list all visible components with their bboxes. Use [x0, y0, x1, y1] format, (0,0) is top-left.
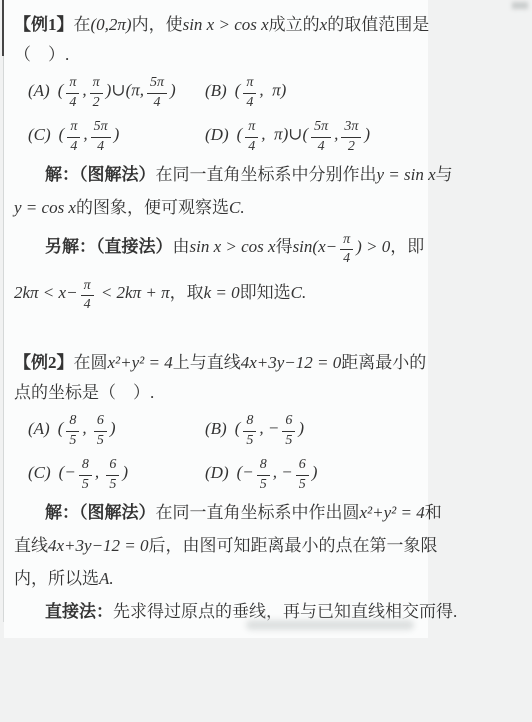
option-b: (B)(85, −65)	[205, 412, 382, 447]
text-run: )	[114, 125, 120, 144]
fraction: π4	[66, 75, 79, 110]
fraction: π4	[243, 75, 256, 110]
text-run: )	[312, 463, 318, 482]
text-run: (	[58, 81, 64, 100]
text-run: ,	[334, 125, 338, 144]
fraction: 65	[94, 413, 107, 448]
text-run: (0,2π)	[91, 15, 132, 34]
text-run: , π)∪(	[261, 125, 308, 144]
option-key: (A)	[28, 419, 50, 438]
example-2-options: (A)(85, 65)(B)(85, −65)(C)(−85, 65)(D)(−…	[14, 408, 404, 496]
scanned-page: 【例1】在(0,2π)内，使sin x > cos x成立的x的取值范围是（ ）…	[4, 0, 428, 638]
text-run: 在同一直角坐标系中分别作出	[156, 165, 377, 184]
text-run: )	[364, 125, 370, 144]
text-run: 和	[425, 503, 442, 522]
option-d: (D)(π4, π)∪(5π4,3π2)	[205, 118, 382, 153]
text-run: 后，由图可知距离最小的点在第一象限	[149, 536, 438, 555]
scan-corner-artifact	[512, 2, 528, 9]
fraction: 65	[296, 457, 309, 492]
problem-line: （ ）.	[14, 40, 404, 70]
solution-line: 解：（图解法）在同一直角坐标系中分别作出y = sin x与	[14, 158, 404, 191]
fraction: π4	[245, 119, 258, 154]
option-key: (D)	[205, 463, 229, 482]
text-run: 即知选	[240, 283, 291, 302]
text-run: 4x+3y−12 = 0	[48, 536, 149, 555]
fraction: π2	[90, 75, 103, 110]
text-run: 4x+3y−12 = 0	[241, 353, 342, 372]
scan-smudge-artifact	[246, 620, 414, 630]
text-run: 在圆	[74, 353, 108, 372]
text-run: 解：（图解法）	[45, 503, 156, 522]
text-run: < 2kπ + π	[97, 283, 170, 302]
text-run: 点的坐标是（ ）.	[14, 383, 154, 402]
option-d: (D)(−85, −65)	[205, 456, 382, 491]
scan-edge-light-strip	[3, 56, 4, 622]
fraction: 85	[66, 413, 79, 448]
problem-line: 点的坐标是（ ）.	[14, 378, 404, 408]
option-key: (A)	[28, 81, 50, 100]
text-run: k = 0	[204, 283, 240, 302]
text-run: , −	[259, 419, 279, 438]
text-run: ,	[83, 125, 87, 144]
text-run: (−	[237, 463, 254, 482]
text-run: y = sin x	[377, 165, 436, 184]
problem-line: 【例2】在圆x²+y² = 4上与直线4x+3y−12 = 0距离最小的	[14, 348, 404, 378]
text-run: 成立的	[269, 15, 320, 34]
option-row: (C)(−85, 65)(D)(−85, −65)	[14, 452, 404, 496]
text-run: C.	[291, 283, 307, 302]
text-run: (	[59, 125, 65, 144]
fraction: π4	[67, 119, 80, 154]
option-c: (C)(−85, 65)	[28, 456, 205, 491]
text-run: 直接法：	[45, 602, 113, 621]
option-key: (C)	[28, 125, 51, 144]
text-run: A.	[99, 569, 114, 588]
text-run: 内，所以选	[14, 569, 99, 588]
fraction: π4	[340, 232, 353, 267]
solution-line: y = cos x的图象，便可观察选C.	[14, 191, 404, 224]
text-run: ，即	[390, 237, 424, 256]
text-run: (	[237, 125, 243, 144]
text-run: 另解：（直接法）	[45, 237, 173, 256]
text-run: (−	[59, 463, 76, 482]
text-run: , π)	[259, 81, 286, 100]
example-2-problem: 【例2】在圆x²+y² = 4上与直线4x+3y−12 = 0距离最小的点的坐标…	[14, 348, 404, 408]
example-1: 【例1】在(0,2π)内，使sin x > cos x成立的x的取值范围是（ ）…	[14, 10, 404, 316]
example-1-problem: 【例1】在(0,2π)内，使sin x > cos x成立的x的取值范围是（ ）…	[14, 10, 404, 70]
text-run: y = cos x	[14, 198, 76, 217]
text-run: 上与直线	[173, 353, 241, 372]
text-run: )	[170, 81, 176, 100]
solution-line: 直线4x+3y−12 = 0后，由图可知距离最小的点在第一象限	[14, 529, 404, 562]
text-run: 直线	[14, 536, 48, 555]
text-run: (	[235, 81, 241, 100]
example-2-solutions: 解：（图解法）在同一直角坐标系中作出圆x²+y² = 4和直线4x+3y−12 …	[14, 496, 404, 628]
text-run: 【例1】	[14, 15, 74, 34]
text-run: (	[235, 419, 241, 438]
text-run: 解：（图解法）	[45, 165, 156, 184]
text-run: 先求得过原点的垂线，再与已知直线相交而得.	[113, 602, 457, 621]
text-run: 的图象，便可观察选	[76, 198, 229, 217]
solution-line: 内，所以选A.	[14, 562, 404, 595]
text-run: 的取值范围是	[327, 15, 429, 34]
text-run: ，取	[170, 283, 204, 302]
example-1-options: (A)(π4,π2)∪(π,5π4)(B)(π4, π)(C)(π4,5π4)(…	[14, 70, 404, 158]
fraction: 85	[243, 413, 256, 448]
fraction: π4	[81, 278, 94, 313]
text-run: 内，使	[132, 15, 183, 34]
text-run: 得	[276, 237, 293, 256]
example-2: 【例2】在圆x²+y² = 4上与直线4x+3y−12 = 0距离最小的点的坐标…	[14, 348, 404, 628]
fraction: 5π4	[311, 119, 331, 154]
fraction: 5π4	[91, 119, 111, 154]
fraction: 3π2	[341, 119, 361, 154]
option-a: (A)(π4,π2)∪(π,5π4)	[28, 74, 205, 109]
option-row: (A)(π4,π2)∪(π,5π4)(B)(π4, π)	[14, 70, 404, 114]
text-run: C.	[229, 198, 245, 217]
text-run: )∪(π,	[106, 81, 144, 100]
solution-line: 另解：（直接法）由sin x > cos x得sin(x−π4) > 0，即	[14, 224, 404, 270]
option-key: (B)	[205, 419, 227, 438]
text-run: 2kπ < x−	[14, 283, 78, 302]
text-run: ) > 0	[356, 237, 390, 256]
option-a: (A)(85, 65)	[28, 412, 205, 447]
text-run: )	[110, 419, 116, 438]
text-run: 由	[173, 237, 190, 256]
fraction: 65	[106, 457, 119, 492]
text-run: x²+y² = 4	[360, 503, 425, 522]
fraction: 65	[282, 413, 295, 448]
solution-line: 2kπ < x−π4 < 2kπ + π，取k = 0即知选C.	[14, 270, 404, 316]
text-run: x²+y² = 4	[108, 353, 173, 372]
text-run: ,	[82, 81, 86, 100]
text-run: ,	[82, 419, 91, 438]
text-run: sin(x−	[293, 237, 338, 256]
scan-edge-dark-strip	[2, 0, 4, 56]
text-run: )	[122, 463, 128, 482]
text-run: , −	[273, 463, 293, 482]
option-key: (C)	[28, 463, 51, 482]
text-run: 与	[436, 165, 453, 184]
problem-line: 【例1】在(0,2π)内，使sin x > cos x成立的x的取值范围是	[14, 10, 404, 40]
fraction: 85	[79, 457, 92, 492]
text-run: )	[298, 419, 304, 438]
text-run: ,	[95, 463, 104, 482]
fraction: 85	[257, 457, 270, 492]
option-b: (B)(π4, π)	[205, 74, 382, 109]
text-run: 【例2】	[14, 353, 74, 372]
option-row: (C)(π4,5π4)(D)(π4, π)∪(5π4,3π2)	[14, 114, 404, 158]
text-run: (	[58, 419, 64, 438]
text-run: （ ）.	[14, 45, 69, 64]
text-run: 在同一直角坐标系中作出圆	[156, 503, 360, 522]
text-run: 距离最小的	[341, 353, 426, 372]
option-row: (A)(85, 65)(B)(85, −65)	[14, 408, 404, 452]
text-run: sin x > cos x	[183, 15, 269, 34]
option-key: (D)	[205, 125, 229, 144]
option-c: (C)(π4,5π4)	[28, 118, 205, 153]
text-run: sin x > cos x	[190, 237, 276, 256]
solution-line: 解：（图解法）在同一直角坐标系中作出圆x²+y² = 4和	[14, 496, 404, 529]
fraction: 5π4	[147, 75, 167, 110]
option-key: (B)	[205, 81, 227, 100]
example-1-solutions: 解：（图解法）在同一直角坐标系中分别作出y = sin x与y = cos x的…	[14, 158, 404, 316]
text-run: 在	[74, 15, 91, 34]
